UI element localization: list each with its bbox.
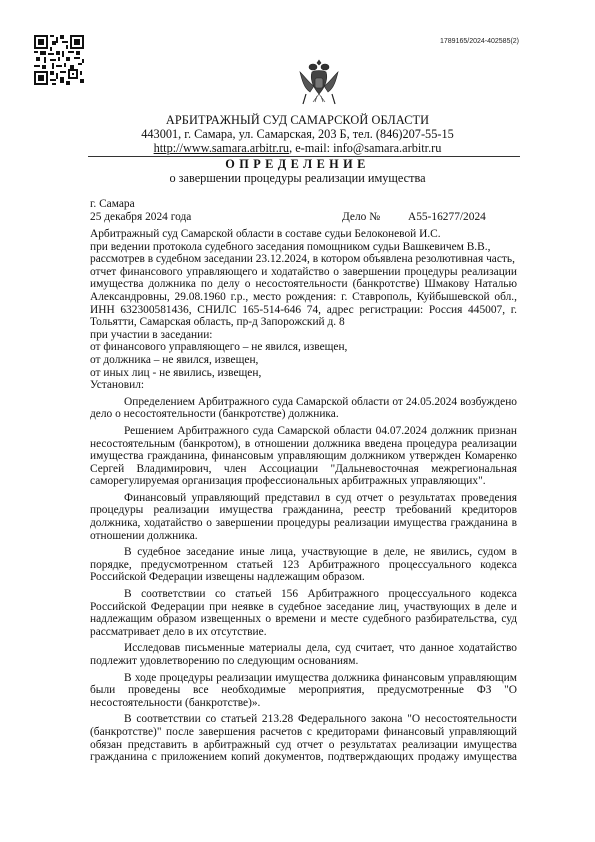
coat-of-arms-icon — [296, 58, 342, 108]
body-paragraph: Решением Арбитражного суда Самарской обл… — [90, 425, 517, 488]
case-label: Дело № — [342, 211, 380, 223]
attendance-line: от иных лиц - не явились, извещен, — [90, 367, 517, 380]
attendance-line: от должника – не явился, извещен, — [90, 354, 517, 367]
qr-code-icon — [34, 35, 84, 85]
attendance-line: от финансового управляющего – не явился,… — [90, 341, 517, 354]
decision-date: 25 декабря 2024 года — [90, 211, 191, 223]
intro-line: рассмотрев в судебном заседании 23.12.20… — [90, 253, 517, 266]
court-name: АРБИТРАЖНЫЙ СУД САМАРСКОЙ ОБЛАСТИ — [0, 113, 595, 128]
intro-line: Арбитражный суд Самарской области в сост… — [90, 228, 517, 241]
document-subtitle: о завершении процедуры реализации имущес… — [0, 171, 595, 186]
attendance-line: при участии в заседании: — [90, 329, 517, 342]
body-paragraph: Определением Арбитражного суда Самарской… — [90, 396, 517, 421]
body-paragraph: В судебное заседание иные лица, участвую… — [90, 546, 517, 584]
body-paragraph: В соответствии со статьей 156 Арбитражно… — [90, 588, 517, 638]
case-number: А55-16277/2024 — [408, 211, 486, 223]
body-paragraph: Финансовый управляющий представил в суд … — [90, 492, 517, 542]
email-text: , e-mail: info@samara.arbitr.ru — [289, 141, 441, 155]
document-title: ОПРЕДЕЛЕНИЕ — [0, 157, 595, 172]
intro-paragraph: отчет финансового управляющего и ходатай… — [90, 266, 517, 329]
document-body: Арбитражный суд Самарской области в сост… — [90, 228, 517, 764]
court-address: 443001, г. Самара, ул. Самарская, 203 Б,… — [0, 127, 595, 142]
body-paragraph: В ходе процедуры реализации имущества до… — [90, 672, 517, 710]
established-heading: Установил: — [90, 379, 517, 392]
document-id-stamp: 1789165/2024-402585(2) — [440, 38, 519, 45]
intro-line: при ведении протокола судебного заседани… — [90, 241, 517, 254]
body-paragraph: В соответствии со статьей 213.28 Федерал… — [90, 713, 517, 763]
court-contacts: http://www.samara.arbitr.ru, e-mail: inf… — [0, 141, 595, 156]
website-link[interactable]: http://www.samara.arbitr.ru — [154, 141, 289, 155]
body-paragraph: Исследовав письменные материалы дела, су… — [90, 642, 517, 667]
city: г. Самара — [90, 198, 135, 210]
